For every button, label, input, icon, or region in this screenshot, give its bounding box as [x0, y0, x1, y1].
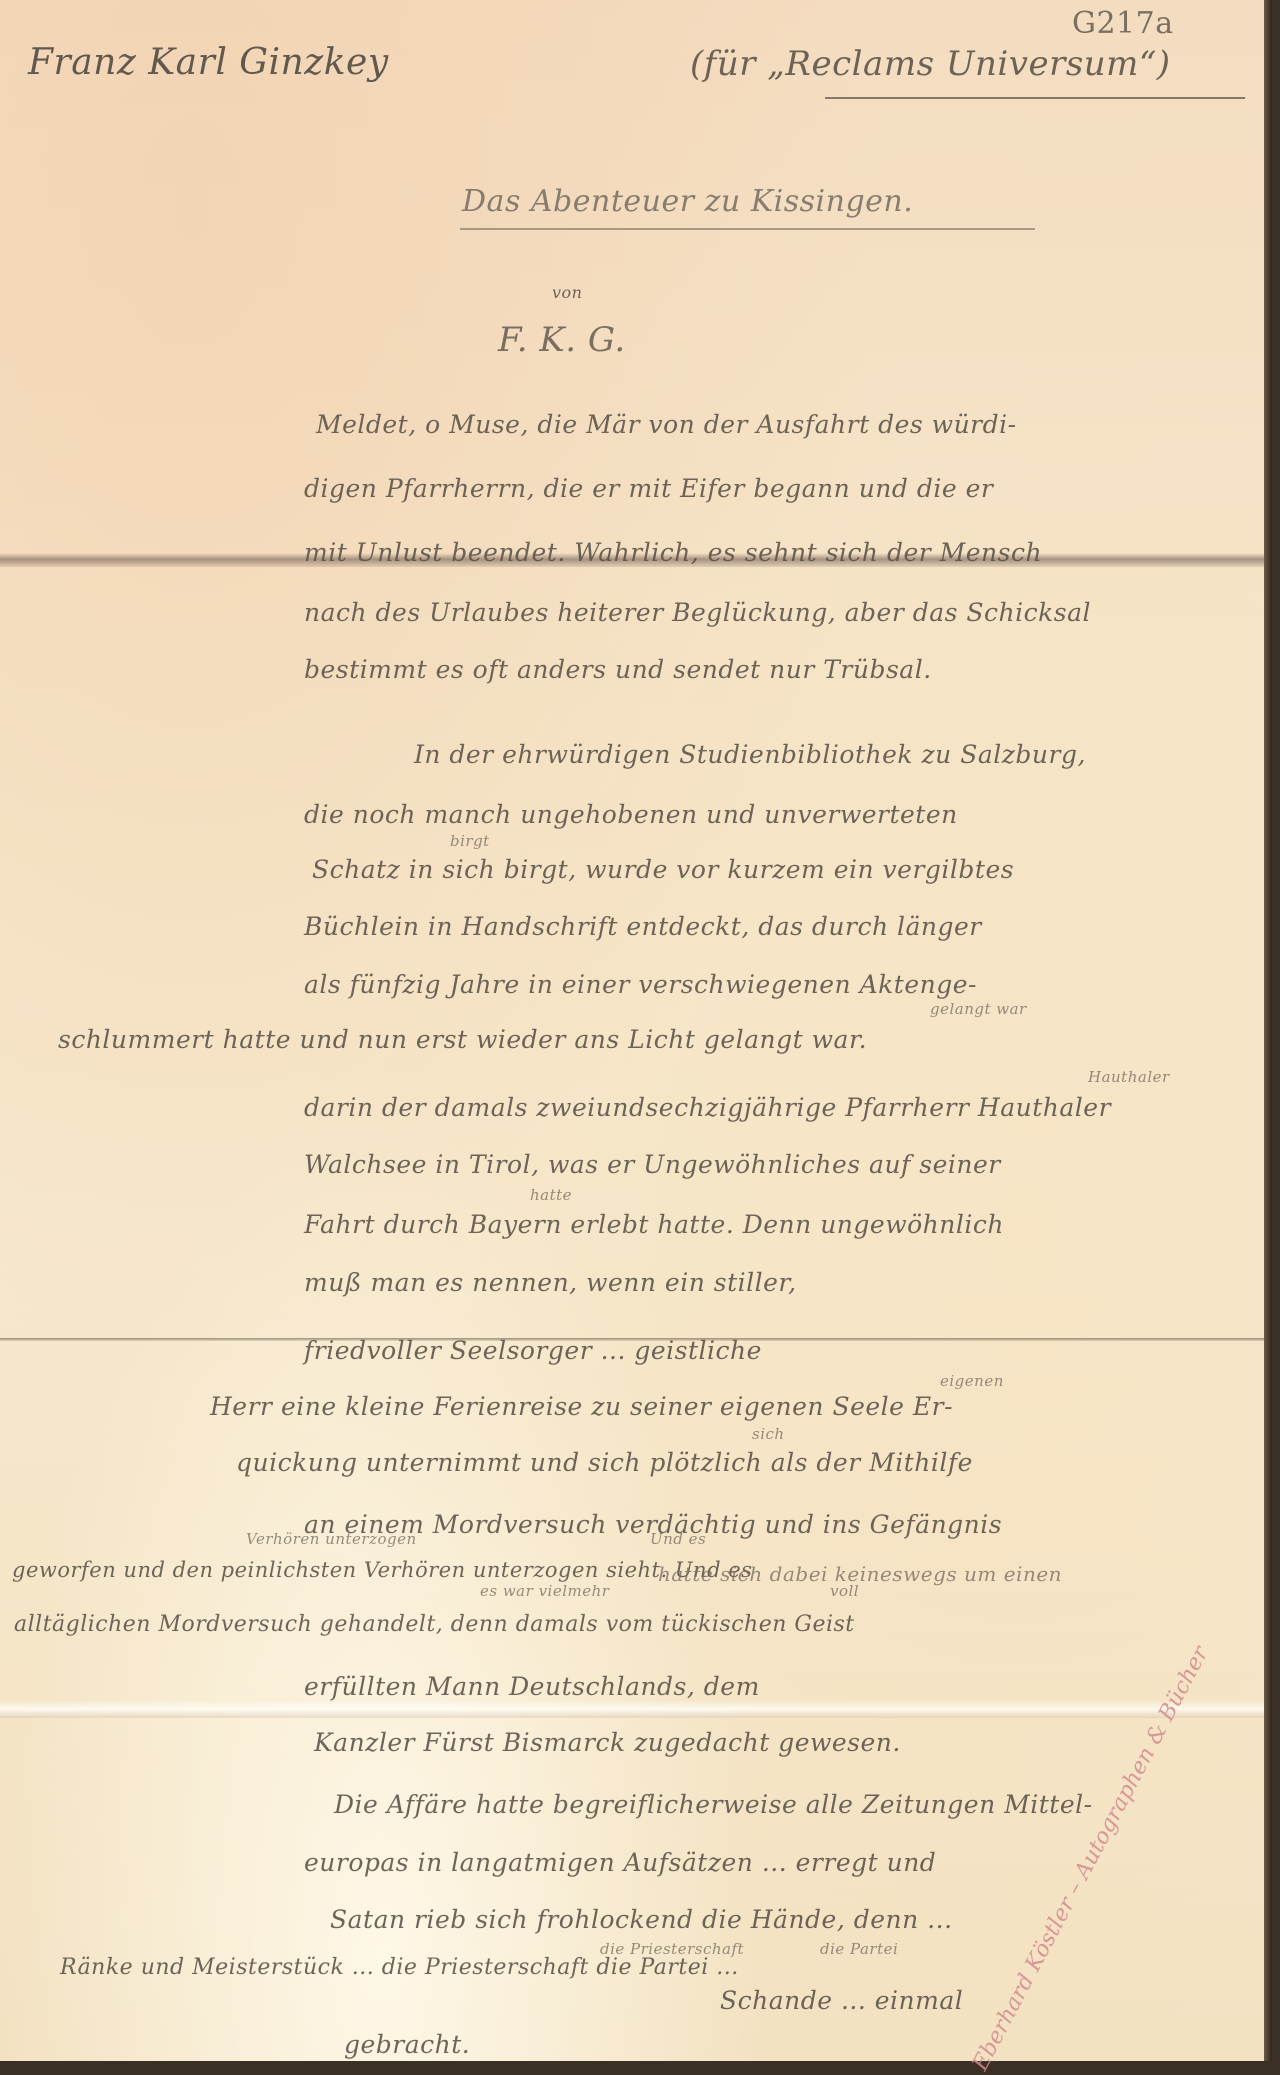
manuscript-page: Franz Karl Ginzkey G217a (für „Reclams U…: [0, 0, 1272, 2061]
catalog-number: G217a: [1072, 6, 1174, 41]
interlinear-insertion: die Partei: [820, 1940, 898, 1958]
text-line: Satan rieb sich frohlockend die Hände, d…: [330, 1905, 953, 1934]
text-line: Büchlein in Handschrift entdeckt, das du…: [304, 912, 982, 941]
interlinear-insertion: hatte: [530, 1186, 572, 1204]
interlinear-insertion: sich: [752, 1425, 785, 1443]
story-title: Das Abenteuer zu Kissingen.: [462, 184, 913, 219]
text-line: Walchsee in Tirol, was er Ungewöhnliches…: [304, 1150, 1001, 1179]
text-line: Die Affäre hatte begreiflicherweise alle…: [334, 1790, 1093, 1819]
paper-fold-crease: [0, 1700, 1272, 1718]
page-edge: [1264, 0, 1272, 2061]
byline-initials: F. K. G.: [498, 320, 626, 360]
text-line: Herr eine kleine Ferienreise zu seiner e…: [210, 1392, 953, 1421]
byline-von: von: [552, 283, 582, 302]
text-line: alltäglichen Mordversuch gehandelt, denn…: [14, 1612, 855, 1637]
interlinear-insertion: eigenen: [940, 1372, 1004, 1390]
publication-note: (für „Reclams Universum“): [690, 44, 1171, 84]
text-line: nach des Urlaubes heiterer Beglückung, a…: [304, 598, 1091, 627]
interlinear-insertion: voll: [830, 1582, 859, 1600]
text-line: Kanzler Fürst Bismarck zugedacht gewesen…: [314, 1728, 901, 1757]
text-line: bestimmt es oft anders und sendet nur Tr…: [304, 655, 932, 684]
text-line: muß man es nennen, wenn ein stiller,: [304, 1268, 797, 1297]
publication-underline: [825, 97, 1245, 99]
interlinear-insertion: hatte sich dabei keineswegs um einen: [658, 1562, 1062, 1586]
text-line: quickung unternimmt und sich plötzlich a…: [236, 1448, 973, 1477]
interlinear-insertion: Verhören unterzogen: [246, 1530, 417, 1548]
text-line: Schatz in sich birgt, wurde vor kurzem e…: [312, 855, 1014, 884]
text-line: europas in langatmigen Aufsätzen ... err…: [304, 1848, 936, 1877]
text-line: erfüllten Mann Deutschlands, dem: [304, 1672, 760, 1701]
text-line: In der ehrwürdigen Studienbibliothek zu …: [414, 740, 1086, 769]
interlinear-insertion: es war vielmehr: [480, 1582, 609, 1600]
text-line: geworfen und den peinlichsten Verhören u…: [12, 1558, 752, 1582]
text-line: als fünfzig Jahre in einer verschwiegene…: [304, 970, 977, 999]
interlinear-insertion: Und es: [650, 1530, 706, 1548]
text-line: Schande ... einmal: [720, 1986, 963, 2015]
interlinear-insertion: Hauthaler: [1088, 1068, 1170, 1086]
text-line: mit Unlust beendet. Wahrlich, es sehnt s…: [304, 538, 1042, 567]
text-line: friedvoller Seelsorger ... geistliche: [304, 1336, 762, 1365]
interlinear-insertion: gelangt war: [930, 1000, 1027, 1018]
text-line: Ränke und Meisterstück ... die Priesters…: [60, 1955, 739, 1980]
text-line: gebracht.: [344, 2030, 470, 2059]
text-line: schlummert hatte und nun erst wieder ans…: [58, 1025, 867, 1054]
title-underline: [460, 228, 1035, 230]
interlinear-insertion: birgt: [450, 832, 490, 850]
text-line: die noch manch ungehobenen und unverwert…: [304, 800, 958, 829]
text-line: darin der damals zweiundsechzigjährige P…: [304, 1093, 1111, 1122]
text-line: digen Pfarrherrn, die er mit Eifer began…: [304, 474, 993, 503]
text-line: Meldet, o Muse, die Mär von der Ausfahrt…: [316, 410, 1017, 439]
text-line: Fahrt durch Bayern erlebt hatte. Denn un…: [304, 1210, 1004, 1239]
author-name: Franz Karl Ginzkey: [28, 42, 389, 83]
